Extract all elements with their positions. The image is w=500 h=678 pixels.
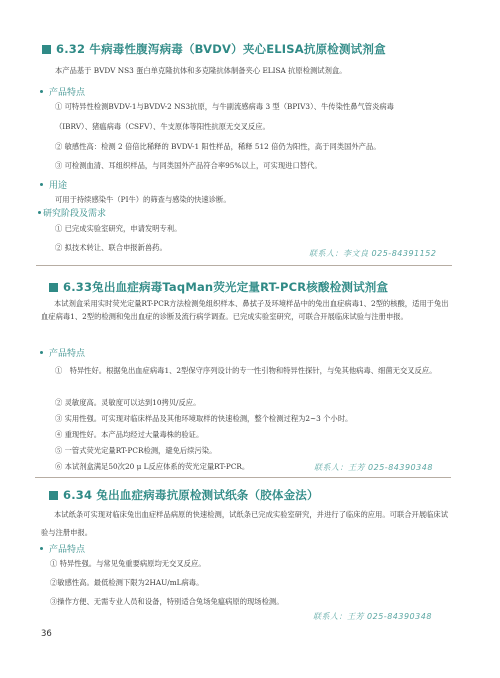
section-intro: 本试剂盒采用实时荧光定量RT-PCR方法检测兔组织样本、鼻拭子及环境样品中的兔出… (41, 297, 453, 323)
feature-item: ⑤ 一管式荧光定量RT-PCR检测，避免后续污染。 (55, 446, 216, 456)
feature-item: ③ 实用性强。可实现对临床样品及其他环境取样的快速检测，整个检测过程为2~3 个… (55, 414, 352, 424)
section-divider (36, 265, 452, 266)
feature-item: ⑥ 本试剂盒满足50次20 μ L反应体系的荧光定量RT-PCR。 (55, 462, 249, 472)
usage-text: 可用于持续感染牛（PI牛）的筛查与感染的快速诊断。 (55, 195, 231, 205)
feature-item: ④ 重现性好。本产品均经过大量毒株的验证。 (55, 430, 203, 440)
feature-item: ② 灵敏度高。灵敏度可以达到10拷贝/反应。 (55, 398, 200, 408)
feature-item: ① 特异性好。根据兔出血症病毒1、2型保守序列设计的专一性引物和特异性探针，与兔… (41, 364, 453, 377)
bullet-dot-icon (40, 351, 43, 354)
section-divider (35, 477, 451, 478)
page-number: 36 (41, 629, 52, 639)
bullet-dot-icon (40, 90, 43, 93)
section-title-text: 6.33兔出血症病毒TaqMan荧光定量RT-PCR核酸检测试剂盒 (63, 280, 388, 294)
feature-item: ③ 可检测血清、耳组织样品，与同类国外产品符合率95%以上，可实现进口替代。 (55, 161, 322, 171)
section-title-text: 6.32 牛病毒性腹泻病毒（BVDV）夹心ELISA抗原检测试剂盒 (56, 42, 386, 56)
section-title-6-32: 6.32 牛病毒性腹泻病毒（BVDV）夹心ELISA抗原检测试剂盒 (42, 41, 386, 57)
feature-item: ① 特异性强。与常见兔重要病原均无交叉反应。 (50, 559, 206, 569)
bullet-dot-icon (40, 183, 43, 186)
features-heading-text: 产品特点 (49, 88, 85, 98)
feature-item: （IBRV）、猪瘟病毒（CSFV）、牛支原体等阳性抗原无交叉反应。 (55, 122, 270, 132)
usage-heading: 用途 (40, 178, 67, 191)
features-heading: 产品特点 (40, 542, 85, 555)
contact-info: 联系人：王芳 025-84390348 (314, 462, 433, 473)
square-bullet-icon (49, 283, 58, 292)
bullet-dot-icon (38, 211, 41, 214)
features-heading-text: 产品特点 (49, 349, 85, 359)
feature-item: ③操作方便、无需专业人员和设备，特别适合兔场兔瘟病原的现场检测。 (50, 597, 284, 607)
document-page: 6.32 牛病毒性腹泻病毒（BVDV）夹心ELISA抗原检测试剂盒 本产品基于 … (0, 0, 500, 678)
stage-item: ② 拟技术转让、联合申报新兽药。 (55, 243, 167, 253)
contact-info: 联系人：王芳 025-84390348 (313, 611, 432, 622)
contact-info: 联系人：李文良 025-84391152 (309, 248, 436, 259)
features-heading: 产品特点 (40, 85, 85, 98)
square-bullet-icon (42, 45, 51, 54)
stage-item: ① 已完成实验室研究，申请发明专利。 (55, 224, 181, 234)
usage-heading-text: 用途 (49, 181, 67, 191)
section-intro: 本产品基于 BVDV NS3 蛋白单克隆抗体和多克隆抗体制备夹心 ELISA 抗… (55, 64, 465, 77)
stage-heading-text: 研究阶段及需求 (43, 209, 106, 219)
features-heading: 产品特点 (40, 346, 85, 359)
section-intro: 本试纸条可实现对临床兔出血症样品病原的快速检测，试纸条已完成实验室研究，并进行了… (41, 506, 453, 542)
square-bullet-icon (49, 491, 58, 500)
features-heading-text: 产品特点 (49, 545, 85, 555)
bullet-dot-icon (40, 547, 43, 550)
section-title-text: 6.34 兔出血症病毒抗原检测试纸条（胶体金法） (63, 488, 319, 502)
feature-item: ② 敏感性高：检测 2 倍倍比稀释的 BVDV-1 阳性样品，稀释 512 倍仍… (55, 142, 381, 152)
feature-item: ②敏感性高。最低检测下限为2HAU/mL病毒。 (50, 578, 203, 588)
section-title-6-33: 6.33兔出血症病毒TaqMan荧光定量RT-PCR核酸检测试剂盒 (49, 279, 388, 295)
feature-item: ① 可特异性检测BVDV-1与BVDV-2 NS3抗原，与牛副流感病毒 3 型（… (55, 102, 394, 112)
section-title-6-34: 6.34 兔出血症病毒抗原检测试纸条（胶体金法） (49, 487, 319, 503)
stage-heading: 研究阶段及需求 (38, 206, 106, 219)
